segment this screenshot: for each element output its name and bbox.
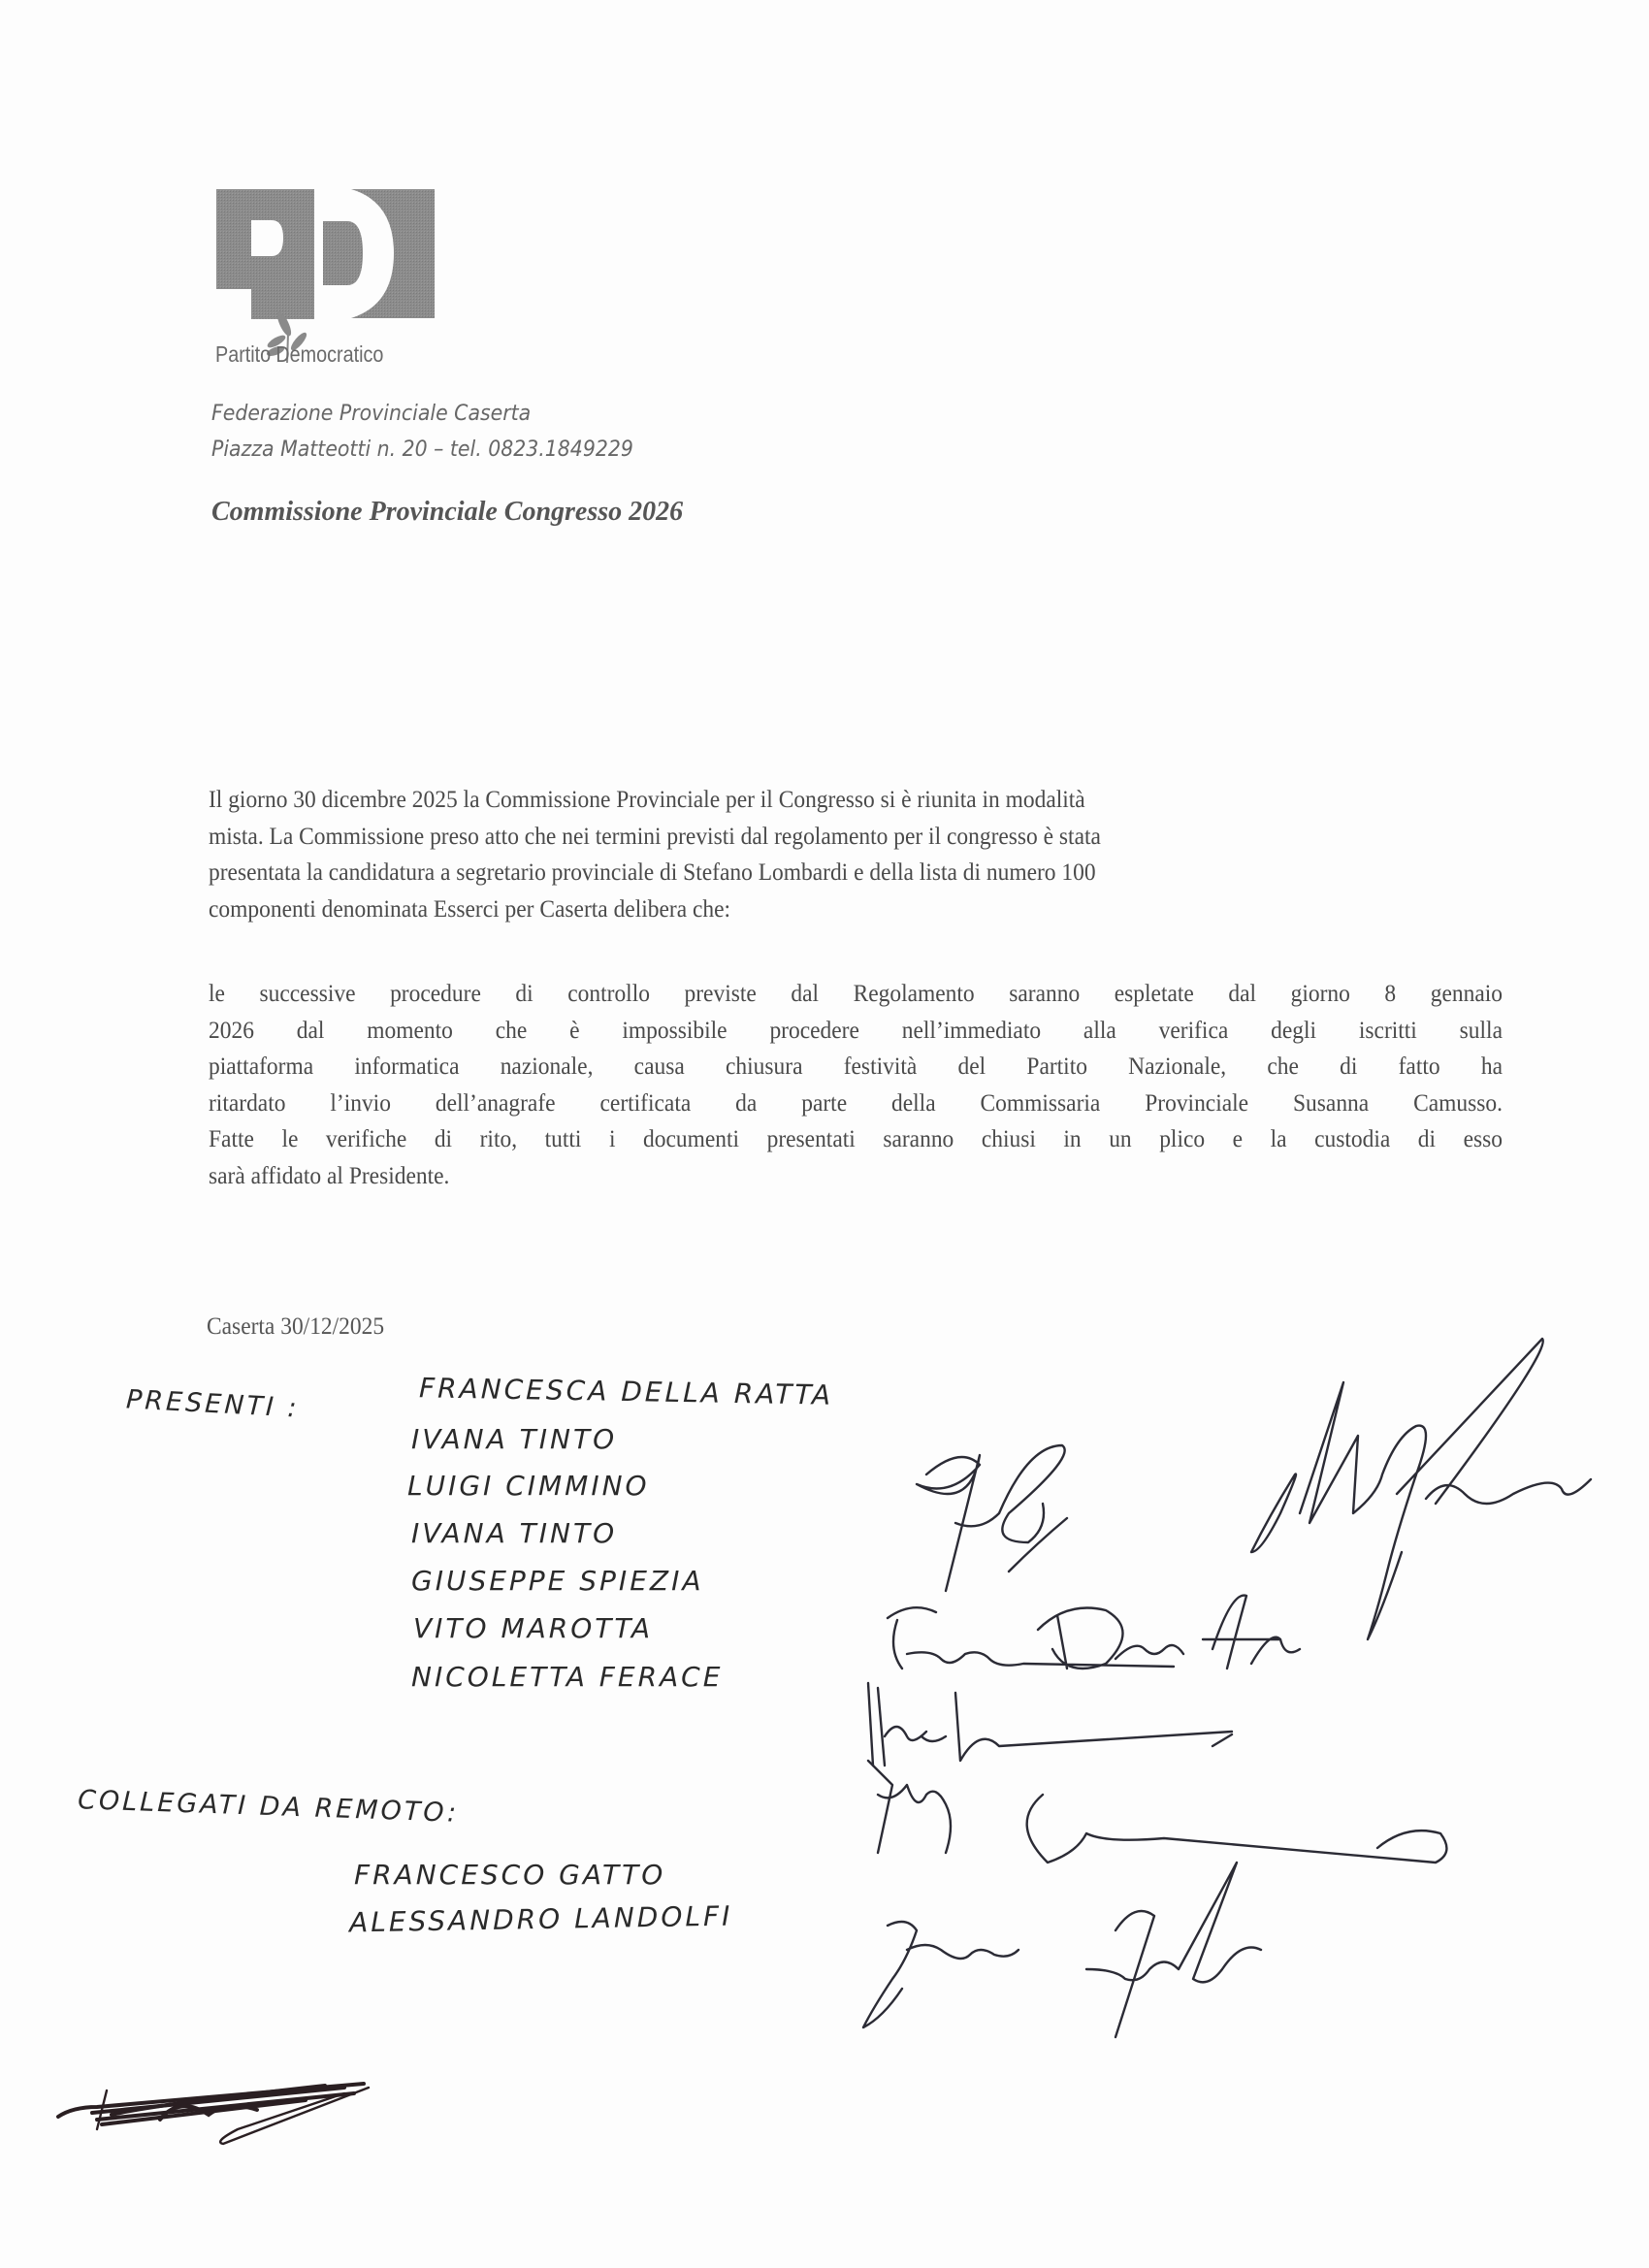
present-name: NICOLETTA FERACE — [411, 1661, 723, 1693]
signature — [868, 1683, 1232, 1766]
remote-name: FRANCESCO GATTO — [354, 1859, 665, 1891]
logo-name-left: Partito — [215, 341, 271, 367]
remote-name: ALESSANDRO LANDOLFI — [349, 1900, 733, 1939]
place-date: Caserta 30/12/2025 — [207, 1312, 384, 1341]
commission-title: Commissione Provinciale Congresso 2026 — [211, 497, 683, 528]
paragraph-line: Fatte le verifiche di rito, tutti i docu… — [209, 1120, 1503, 1157]
present-name: FRANCESCA DELLA RATTA — [419, 1372, 834, 1410]
crossed-out-signature — [53, 2076, 373, 2154]
present-name: GIUSEPPE SPIEZIA — [411, 1565, 703, 1597]
present-label: PRESENTI : — [125, 1384, 300, 1423]
paragraph-line: presentata la candidatura a segretario p… — [209, 854, 1503, 891]
paragraph-line: sarà affidato al Presidente. — [209, 1157, 1503, 1194]
paragraph-deliberation: le successive procedure di controllo pre… — [209, 975, 1503, 1193]
paragraph-line: componenti denominata Esserci per Casert… — [209, 891, 1503, 927]
signature — [863, 1863, 1261, 2037]
remote-label: COLLEGATI DA REMOTO: — [78, 1785, 460, 1829]
paragraph-line: ritardato l’invio dell’anagrafe certific… — [209, 1085, 1503, 1121]
paragraph-line: mista. La Commissione preso atto che nei… — [209, 818, 1503, 855]
logo-name-right: Democratico — [275, 341, 383, 367]
federation-address: Piazza Matteotti n. 20 – tel. 0823.18492… — [211, 437, 633, 462]
present-name: IVANA TINTO — [411, 1423, 617, 1455]
federation-name: Federazione Provinciale Caserta — [211, 402, 531, 426]
paragraph-line: le successive procedure di controllo pre… — [209, 975, 1503, 1012]
present-name: VITO MAROTTA — [413, 1612, 653, 1644]
signature — [868, 1761, 1446, 1863]
document-page: PartitoDemocratico Federazione Provincia… — [0, 0, 1649, 2268]
paragraph-line: piattaforma informatica nazionale, causa… — [209, 1048, 1503, 1085]
signature — [917, 1445, 1067, 1591]
paragraph-intro: Il giorno 30 dicembre 2025 la Commission… — [209, 781, 1503, 926]
signature — [888, 1596, 1300, 1669]
paragraph-line: Il giorno 30 dicembre 2025 la Commission… — [209, 781, 1503, 818]
signature — [1251, 1339, 1591, 1639]
present-name: IVANA TINTO — [411, 1517, 617, 1549]
present-name: LUIGI CIMMINO — [407, 1470, 650, 1502]
logo-wordmark: PartitoDemocratico — [215, 341, 383, 368]
paragraph-line: 2026 dal momento che è impossibile proce… — [209, 1012, 1503, 1049]
